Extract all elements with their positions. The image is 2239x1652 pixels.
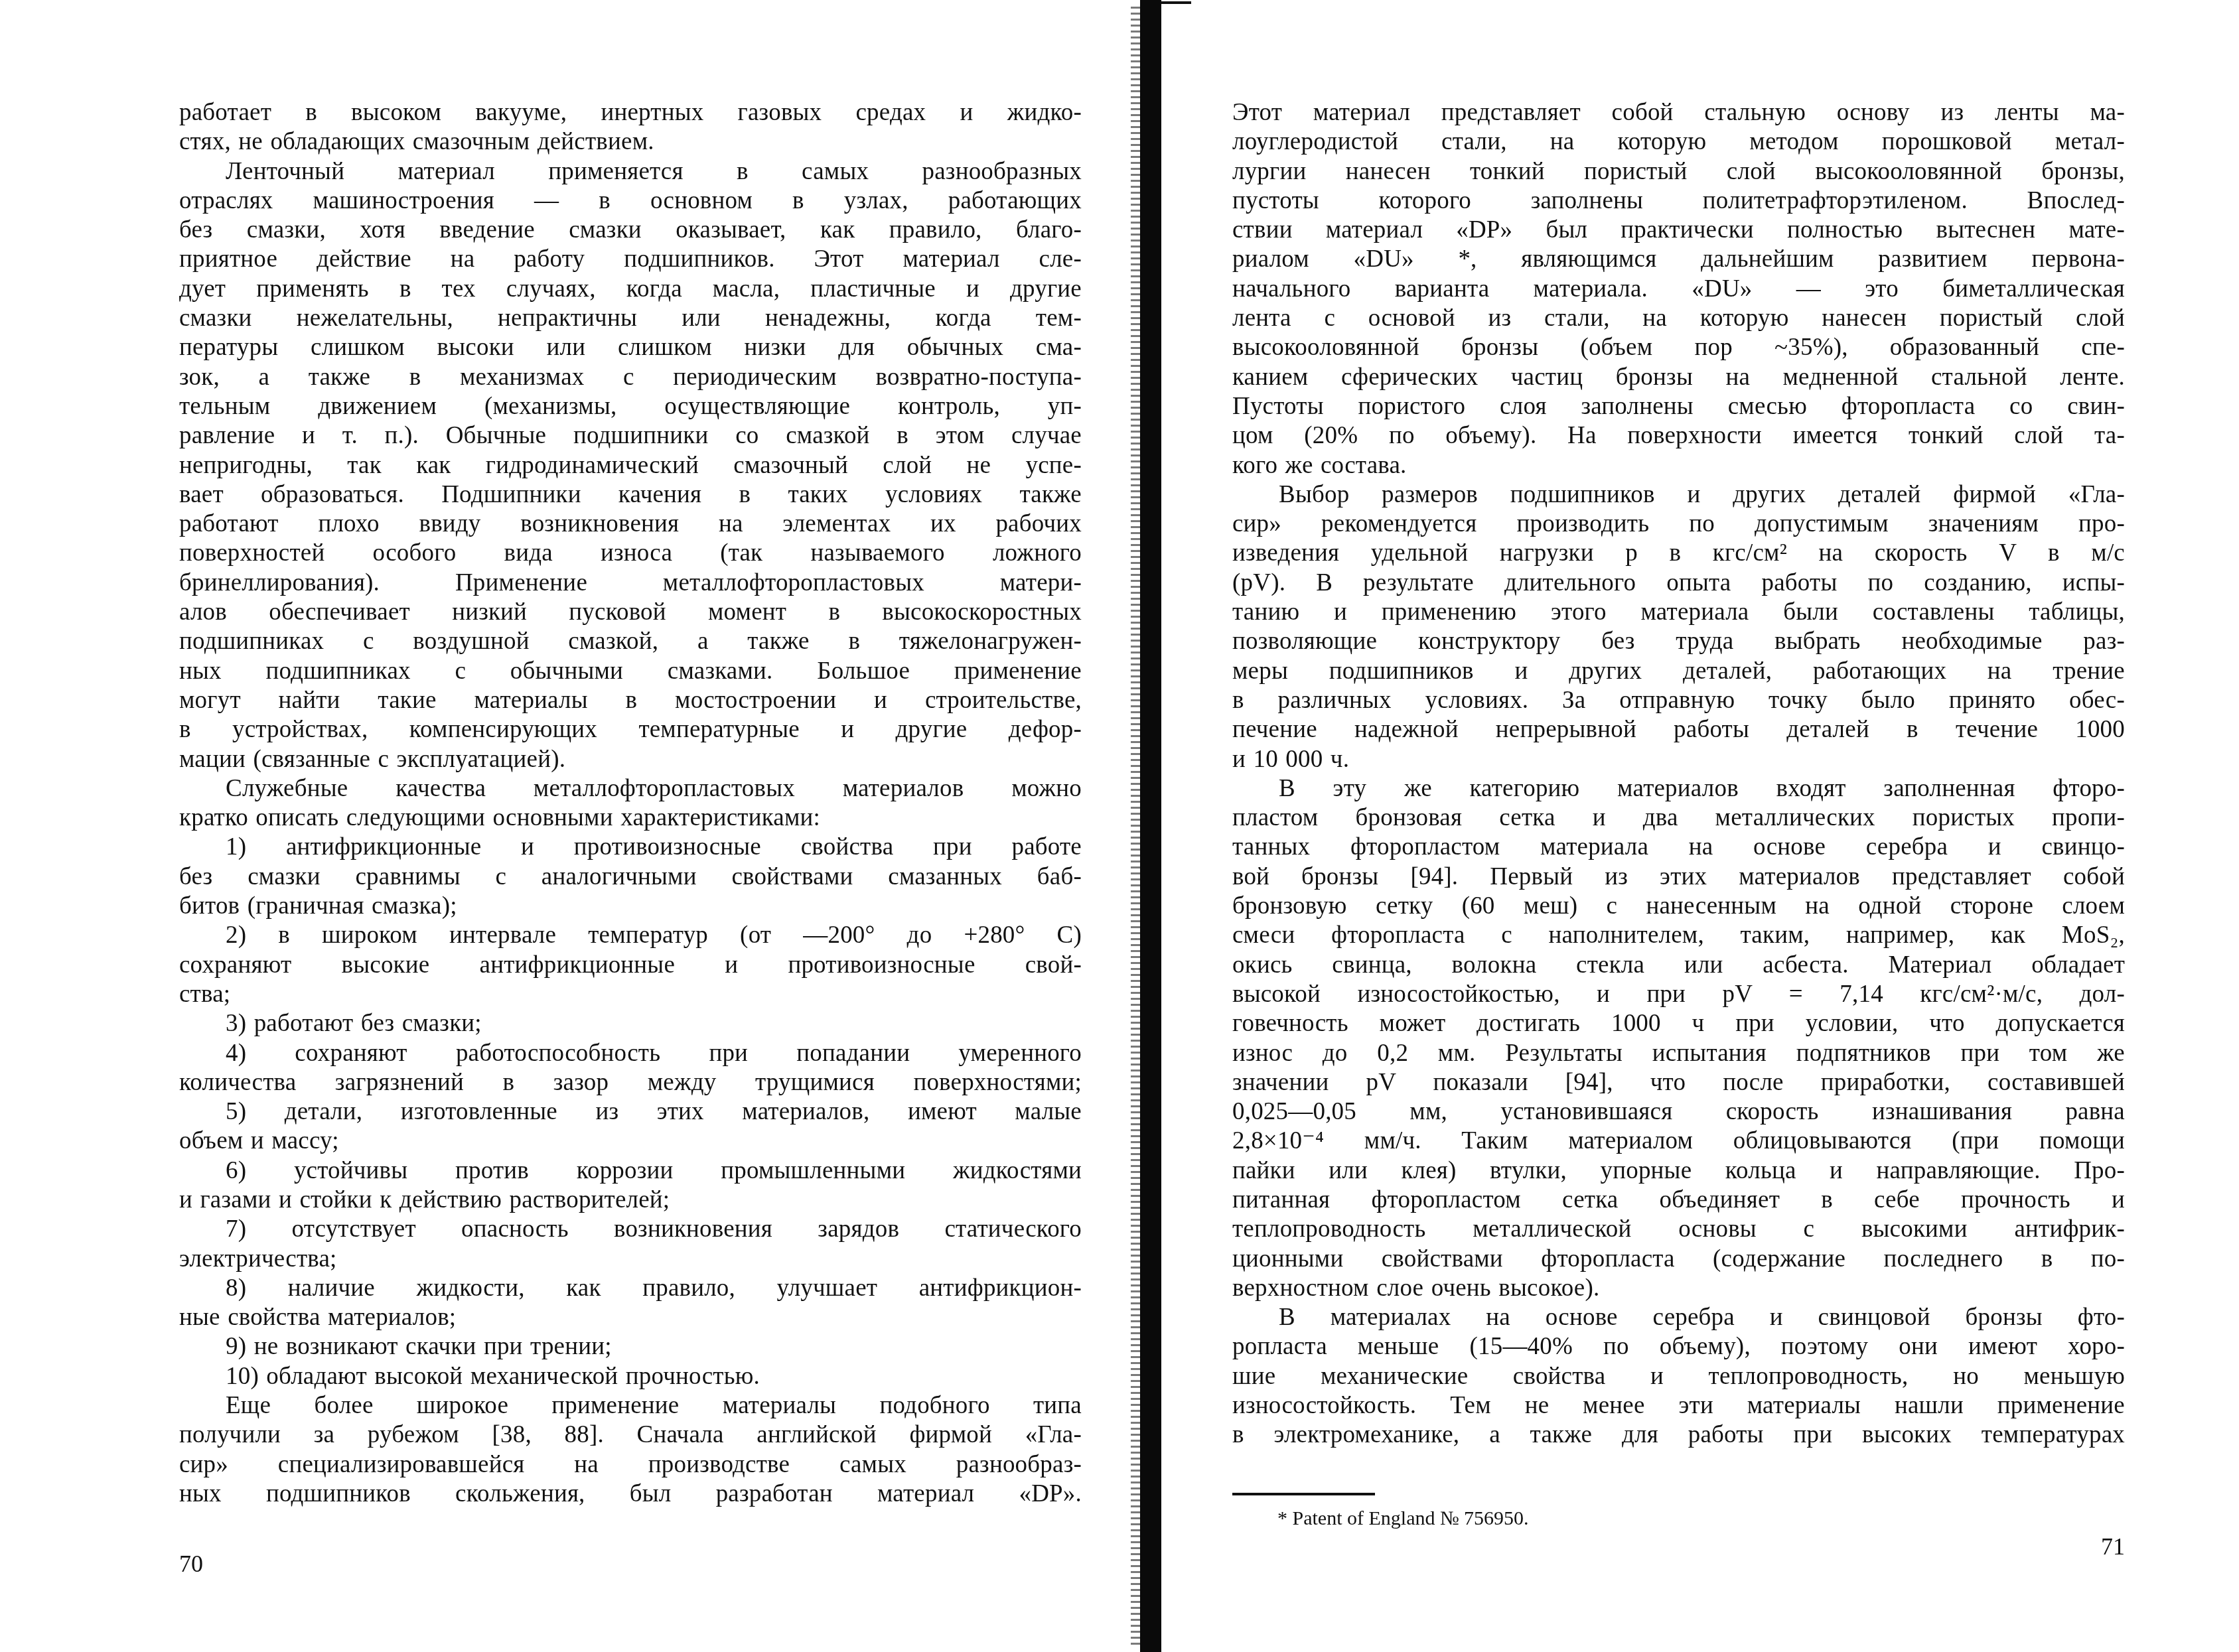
- text-line: в различных условиях. За отправную точку…: [1232, 686, 2125, 715]
- text-line: кратко описать следующими основными хара…: [179, 803, 1082, 833]
- text-line: износ до 0,2 мм. Результаты испытания по…: [1232, 1039, 2125, 1068]
- text-line: объем и массу;: [179, 1127, 1082, 1156]
- text-line: 10) обладают высокой механической прочно…: [179, 1362, 1082, 1391]
- text-line: Пустоты пористого слоя заполнены смесью …: [1232, 392, 2125, 421]
- text-line: высокооловянной бронзы (объем пор ~35%),…: [1232, 333, 2125, 362]
- text-line: начального варианта материала. «DU» — эт…: [1232, 275, 2125, 304]
- text-line: сохраняют высокие антифрикционные и прот…: [179, 951, 1082, 980]
- text-line: и 10 000 ч.: [1232, 745, 2125, 774]
- text-line: подшипниках с воздушной смазкой, а также…: [179, 627, 1082, 656]
- text-line: без смазки сравнимы с аналогичными свойс…: [179, 862, 1082, 892]
- text-line: высокой износостойкостью, и при pV = 7,1…: [1232, 980, 2125, 1009]
- text-line: 3) работают без смазки;: [179, 1009, 1082, 1038]
- text-line: бринеллирования). Применение металлофтор…: [179, 569, 1082, 598]
- text-line: значении pV показали [94], что после при…: [1232, 1068, 2125, 1097]
- text-line: Ленточный материал применяется в самых р…: [179, 157, 1082, 186]
- text-line: алов обеспечивает низкий пусковой момент…: [179, 598, 1082, 627]
- text-line: стях, не обладающих смазочным действием.: [179, 127, 1082, 157]
- right-page-number: 71: [2101, 1533, 2125, 1560]
- text-line: непригодны, так как гидродинамический см…: [179, 451, 1082, 480]
- text-line: лента с основой из стали, на которую нан…: [1232, 304, 2125, 333]
- text-line: работает в высоком вакууме, инертных газ…: [179, 98, 1082, 127]
- text-line: танию и применению этого материала были …: [1232, 598, 2125, 627]
- text-line: ционными свойствами фторопласта (содержа…: [1232, 1245, 2125, 1274]
- text-line: пластом бронзовая сетка и два металличес…: [1232, 803, 2125, 833]
- text-line: износостойкость. Тем не менее эти матери…: [1232, 1391, 2125, 1420]
- text-line: верхностном слое очень высокое).: [1232, 1274, 2125, 1303]
- text-line: электричества;: [179, 1245, 1082, 1274]
- text-line: сир» специализировавшейся на производств…: [179, 1450, 1082, 1480]
- text-line: позволяющие конструктору без труда выбра…: [1232, 627, 2125, 656]
- text-line: ропласта меньше (15—40% по объему), поэт…: [1232, 1332, 2125, 1361]
- left-page-number: 70: [179, 1550, 203, 1578]
- text-line: ных подшипников скольжения, был разработ…: [179, 1480, 1082, 1509]
- text-line: риалом «DU» *, являющимся дальнейшим раз…: [1232, 245, 2125, 274]
- text-line: цом (20% по объему). На поверхности имее…: [1232, 421, 2125, 450]
- text-line: 7) отсутствует опасность возникновения з…: [179, 1215, 1082, 1244]
- text-line: вой бронзы [94]. Первый из этих материал…: [1232, 862, 2125, 892]
- text-line: 9) не возникают скачки при трении;: [179, 1332, 1082, 1361]
- text-line: ных подшипниках с обычными смазками. Бол…: [179, 657, 1082, 686]
- text-line: 2,8×10⁻⁴ мм/ч. Таким материалом облицовы…: [1232, 1127, 2125, 1156]
- text-line: получили за рубежом [38, 88]. Сначала ан…: [179, 1420, 1082, 1450]
- text-line: питанная фторопластом сетка объединяет в…: [1232, 1186, 2125, 1215]
- text-line: 0,025—0,05 мм, установившаяся скорость и…: [1232, 1097, 2125, 1127]
- text-line: 2) в широком интервале температур (от —2…: [179, 921, 1082, 950]
- text-line: битов (граничная смазка);: [179, 892, 1082, 921]
- text-line: кого же состава.: [1232, 451, 2125, 480]
- text-line: приятное действие на работу подшипников.…: [179, 245, 1082, 274]
- text-line: Выбор размеров подшипников и других дета…: [1232, 480, 2125, 510]
- text-line: шие механические свойства и теплопроводн…: [1232, 1362, 2125, 1391]
- text-line: В эту же категорию материалов входят зап…: [1232, 774, 2125, 803]
- text-line: смеси фторопласта с наполнителем, таким,…: [1232, 921, 2125, 950]
- gutter-edge-mark: [1161, 1, 1191, 4]
- text-line: 6) устойчивы против коррозии промышленны…: [179, 1156, 1082, 1186]
- text-line: поверхностей особого вида износа (так на…: [179, 539, 1082, 568]
- text-line: работают плохо ввиду возникновения на эл…: [179, 510, 1082, 539]
- text-line: лургии нанесен тонкий пористый слой высо…: [1232, 157, 2125, 186]
- text-line: пустоты которого заполнены политетрафтор…: [1232, 186, 2125, 216]
- text-line: говечность может достигать 1000 ч при ус…: [1232, 1009, 2125, 1038]
- book-gutter-shadow: [1140, 0, 1161, 1652]
- text-line: количества загрязнений в зазор между тру…: [179, 1068, 1082, 1097]
- text-line: без смазки, хотя введение смазки оказыва…: [179, 216, 1082, 245]
- text-line: В материалах на основе серебра и свинцов…: [1232, 1303, 2125, 1332]
- text-line: мации (связанные с эксплуатацией).: [179, 745, 1082, 774]
- text-line: вает образоваться. Подшипники качения в …: [179, 480, 1082, 510]
- text-line: 4) сохраняют работоспособность при попад…: [179, 1039, 1082, 1068]
- text-line: 5) детали, изготовленные из этих материа…: [179, 1097, 1082, 1127]
- text-line: бронзовую сетку (60 меш) с нанесенным на…: [1232, 892, 2125, 921]
- text-line: отраслях машиностроения — в основном в у…: [179, 186, 1082, 216]
- text-line: пературы слишком высоки или слишком низк…: [179, 333, 1082, 362]
- text-line: сир» рекомендуется производить по допуст…: [1232, 510, 2125, 539]
- text-line: печение надежной непрерывной работы дета…: [1232, 715, 2125, 744]
- text-line: изведения удельной нагрузки p в кгс/см² …: [1232, 539, 2125, 568]
- text-line: (pV). В результате длительного опыта раб…: [1232, 569, 2125, 598]
- text-line: равление и т. п.). Обычные подшипники со…: [179, 421, 1082, 450]
- text-line: 1) антифрикционные и противоизносные сво…: [179, 833, 1082, 862]
- text-line: лоуглеродистой стали, на которую методом…: [1232, 127, 2125, 157]
- text-line: 8) наличие жидкости, как правило, улучша…: [179, 1274, 1082, 1303]
- text-line: и газами и стойки к действию растворител…: [179, 1186, 1082, 1215]
- right-page-text: Этот материал представляет собой стальну…: [1232, 98, 2125, 1450]
- footnote-rule: [1232, 1493, 1375, 1495]
- text-line: пайки или клея) втулки, упорные кольца и…: [1232, 1156, 2125, 1186]
- text-line: теплопроводность металлической основы с …: [1232, 1215, 2125, 1244]
- text-line: смазки нежелательны, непрактичны или нен…: [179, 304, 1082, 333]
- text-line: Этот материал представляет собой стальну…: [1232, 98, 2125, 127]
- text-line: Еще более широкое применение материалы п…: [179, 1391, 1082, 1420]
- text-line: в электромеханике, а также для работы пр…: [1232, 1420, 2125, 1450]
- text-line: канием сферических частиц бронзы на медн…: [1232, 363, 2125, 392]
- text-line: ства;: [179, 980, 1082, 1009]
- footnote: * Patent of England № 756950.: [1277, 1507, 1529, 1530]
- text-line: окись свинца, волокна стекла или асбеста…: [1232, 951, 2125, 980]
- text-line: зок, а также в механизмах с периодически…: [179, 363, 1082, 392]
- text-line: ствии материал «DP» был практически полн…: [1232, 216, 2125, 245]
- text-line: могут найти такие материалы в мостострое…: [179, 686, 1082, 715]
- text-line: ные свойства материалов;: [179, 1303, 1082, 1332]
- text-line: в устройствах, компенсирующих температур…: [179, 715, 1082, 744]
- text-line: меры подшипников и других деталей, работ…: [1232, 657, 2125, 686]
- text-line: танных фторопластом материала на основе …: [1232, 833, 2125, 862]
- text-line: Служебные качества металлофторопластовых…: [179, 774, 1082, 803]
- text-line: дует применять в тех случаях, когда масл…: [179, 275, 1082, 304]
- text-line: тельным движением (механизмы, осуществля…: [179, 392, 1082, 421]
- left-page-text: работает в высоком вакууме, инертных газ…: [179, 98, 1082, 1509]
